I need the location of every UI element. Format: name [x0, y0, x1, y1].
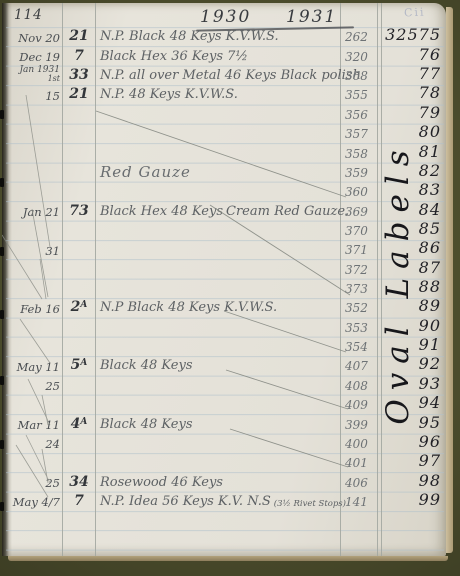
serial-number-cell: 352 [343, 301, 379, 317]
binding-stitch [0, 376, 4, 385]
page-stack-edge-right [446, 7, 453, 553]
page-stack-edge-bottom [8, 556, 448, 561]
ledger-row: Jan 19311st 33 N.P. all over Metal 46 Ke… [2, 66, 446, 85]
binding-stitch [0, 502, 4, 511]
quantity-cell: 34 [64, 474, 94, 492]
year-1930: 1930 [200, 7, 251, 27]
serial-number-cell: 368 [343, 69, 379, 85]
date-cell: 24 [6, 439, 60, 453]
serial-number-cell: 401 [343, 456, 379, 472]
serial-number-cell: 320 [343, 50, 379, 66]
date-cell: Jan 21 [6, 207, 60, 221]
serial-number-cell: 372 [343, 263, 379, 279]
serial-number-cell: 360 [343, 185, 379, 201]
photo-frame: 114 1930 1931 Cii Nov 20 21 N.P. Black 4… [0, 0, 460, 576]
page-number: 114 [14, 7, 43, 23]
serial-number-cell: 141 [343, 495, 379, 511]
serial-number-cell: 355 [343, 88, 379, 104]
serial-number-cell: 353 [343, 321, 379, 337]
binding-stitch [0, 110, 4, 119]
quantity-cell: 21 [64, 86, 94, 104]
date-cell: Dec 19 [6, 52, 60, 66]
serial-number-cell: 371 [343, 243, 379, 259]
quantity-cell: 73 [64, 203, 94, 221]
binding-stitch [0, 178, 4, 187]
serial-number-cell: 407 [343, 359, 379, 375]
binding-stitch [0, 310, 4, 319]
ledger-row: May 4/7 7 N.P. Idea 56 Keys K.V. N.S(3½ … [2, 492, 446, 511]
quantity-cell: 33 [64, 67, 94, 85]
date-cell: Feb 16 [6, 304, 60, 318]
date-cell: Jan 19311st [6, 66, 60, 85]
serial-number-cell: 357 [343, 127, 379, 143]
date-cell: May 4/7 [6, 497, 60, 511]
serial-number-cell: 369 [343, 205, 379, 221]
ledger-row: Dec 19 7 Black Hex 36 Keys 7½ 320 76 [2, 46, 446, 65]
description-cell: N.P. Idea 56 Keys K.V. N.S(3½ Rivet Stop… [100, 494, 338, 511]
binding-stitch [0, 247, 4, 256]
quantity-cell: 2A [64, 299, 94, 317]
serial-number-cell: 408 [343, 379, 379, 395]
description-cell: Black 48 Keys [100, 417, 338, 434]
serial-number-cell: 400 [343, 437, 379, 453]
serial-number-cell: 358 [343, 147, 379, 163]
description-cell: Black Hex 48 KeysCream Red Gauze. [100, 204, 338, 221]
year-1931: 1931 [286, 7, 337, 27]
quantity-cell: 4A [64, 416, 94, 434]
corner-stamp: Cii [404, 5, 426, 19]
ledger-row: Nov 20 21 N.P. Black 48 Keys K.V.W.S. 26… [2, 27, 446, 46]
description-cell: Black 48 Keys [100, 358, 338, 375]
quantity-cell: 7 [64, 493, 94, 511]
date-cell: 25 [6, 478, 60, 492]
sequence-number-cell: 99 [379, 490, 453, 511]
date-cell: 25 [6, 381, 60, 395]
serial-number-cell: 354 [343, 340, 379, 356]
serial-number-cell: 356 [343, 108, 379, 124]
quantity-cell: 7 [64, 48, 94, 66]
serial-number-cell: 262 [343, 30, 379, 46]
date-cell: Mar 11 [6, 420, 60, 434]
binding-stitch [0, 440, 4, 449]
oval-labels-margin-note: Oval Labels [379, 88, 417, 478]
date-cell: May 11 [6, 362, 60, 376]
description-cell: Rosewood 46 Keys [100, 475, 338, 492]
quantity-cell: 21 [64, 28, 94, 46]
description-cell: N.P. all over Metal 46 Keys Black polish [100, 68, 338, 85]
serial-number-cell: 359 [343, 166, 379, 182]
quantity-cell: 5A [64, 357, 94, 375]
description-cell: N.P. 48 Keys K.V.W.S. [100, 87, 338, 104]
sequence-number-cell: 76 [379, 45, 453, 66]
red-gauze-note: Red Gauze [100, 163, 191, 181]
date-cell: Nov 20 [6, 33, 60, 47]
serial-number-cell: 399 [343, 418, 379, 434]
sequence-number-cell: 77 [379, 64, 453, 85]
serial-number-cell: 373 [343, 282, 379, 298]
description-cell: N.P Black 48 Keys K.V.W.S. [100, 300, 338, 317]
date-cell: 31 [6, 246, 60, 260]
serial-number-cell: 370 [343, 224, 379, 240]
serial-number-cell: 406 [343, 476, 379, 492]
description-cell: Black Hex 36 Keys 7½ [100, 49, 338, 66]
serial-number-cell: 409 [343, 398, 379, 414]
sequence-number-cell: 32575 [379, 25, 453, 46]
description-cell: N.P. Black 48 Keys K.V.W.S. [100, 29, 338, 46]
date-cell: 15 [6, 91, 60, 105]
ledger-page: 114 1930 1931 Cii Nov 20 21 N.P. Black 4… [2, 3, 446, 556]
